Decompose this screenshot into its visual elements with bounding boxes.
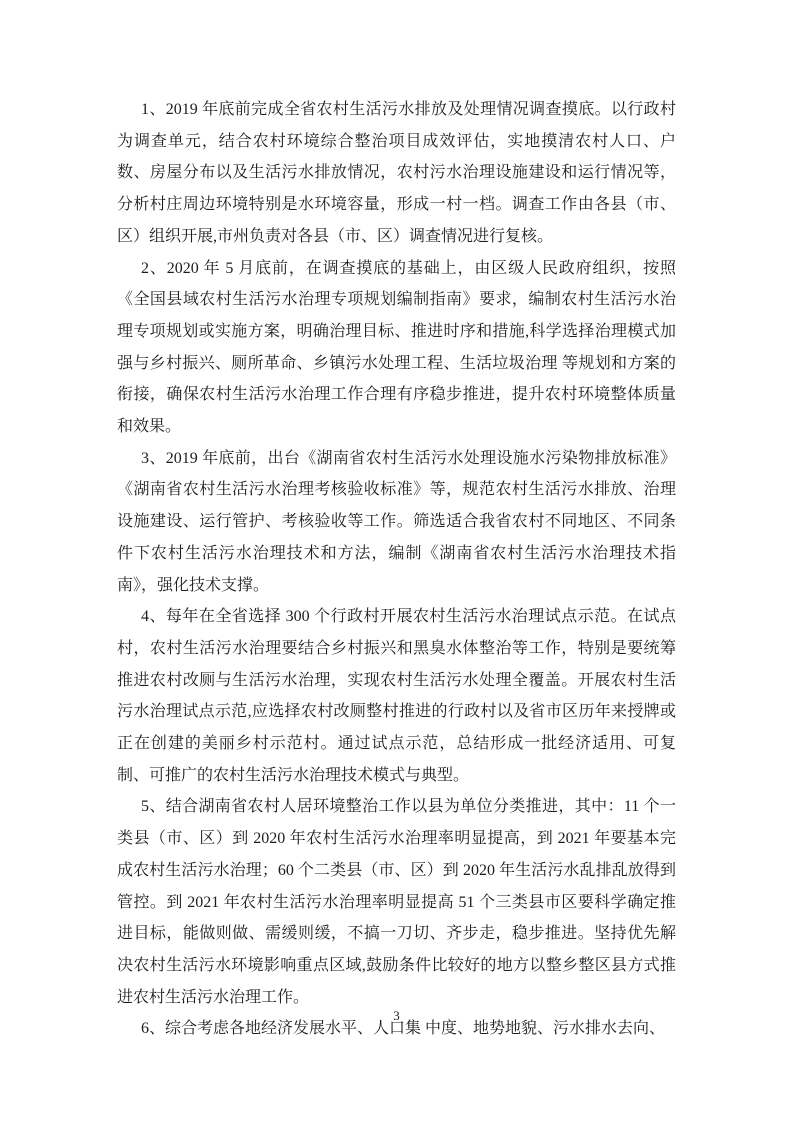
document-page: 1、2019 年底前完成全省农村生活污水排放及处理情况调查摸底。以行政村为调查单…: [0, 0, 793, 1122]
paragraph-5: 5、结合湖南省农村人居环境整治工作以县为单位分类推进，其中：11 个一类县（市、…: [117, 791, 676, 1013]
paragraph-1: 1、2019 年底前完成全省农村生活污水排放及处理情况调查摸底。以行政村为调查单…: [117, 94, 676, 253]
document-body: 1、2019 年底前完成全省农村生活污水排放及处理情况调查摸底。以行政村为调查单…: [117, 94, 676, 1045]
paragraph-2: 2、2020 年 5 月底前，在调查摸底的基础上，由区级人民政府组织，按照《全国…: [117, 253, 676, 443]
paragraph-4: 4、每年在全省选择 300 个行政村开展农村生活污水治理试点示范。在试点村，农村…: [117, 601, 676, 791]
page-number: 3: [0, 1008, 793, 1024]
paragraph-3: 3、2019 年底前，出台《湖南省农村生活污水处理设施水污染物排放标准》《湖南省…: [117, 443, 676, 602]
